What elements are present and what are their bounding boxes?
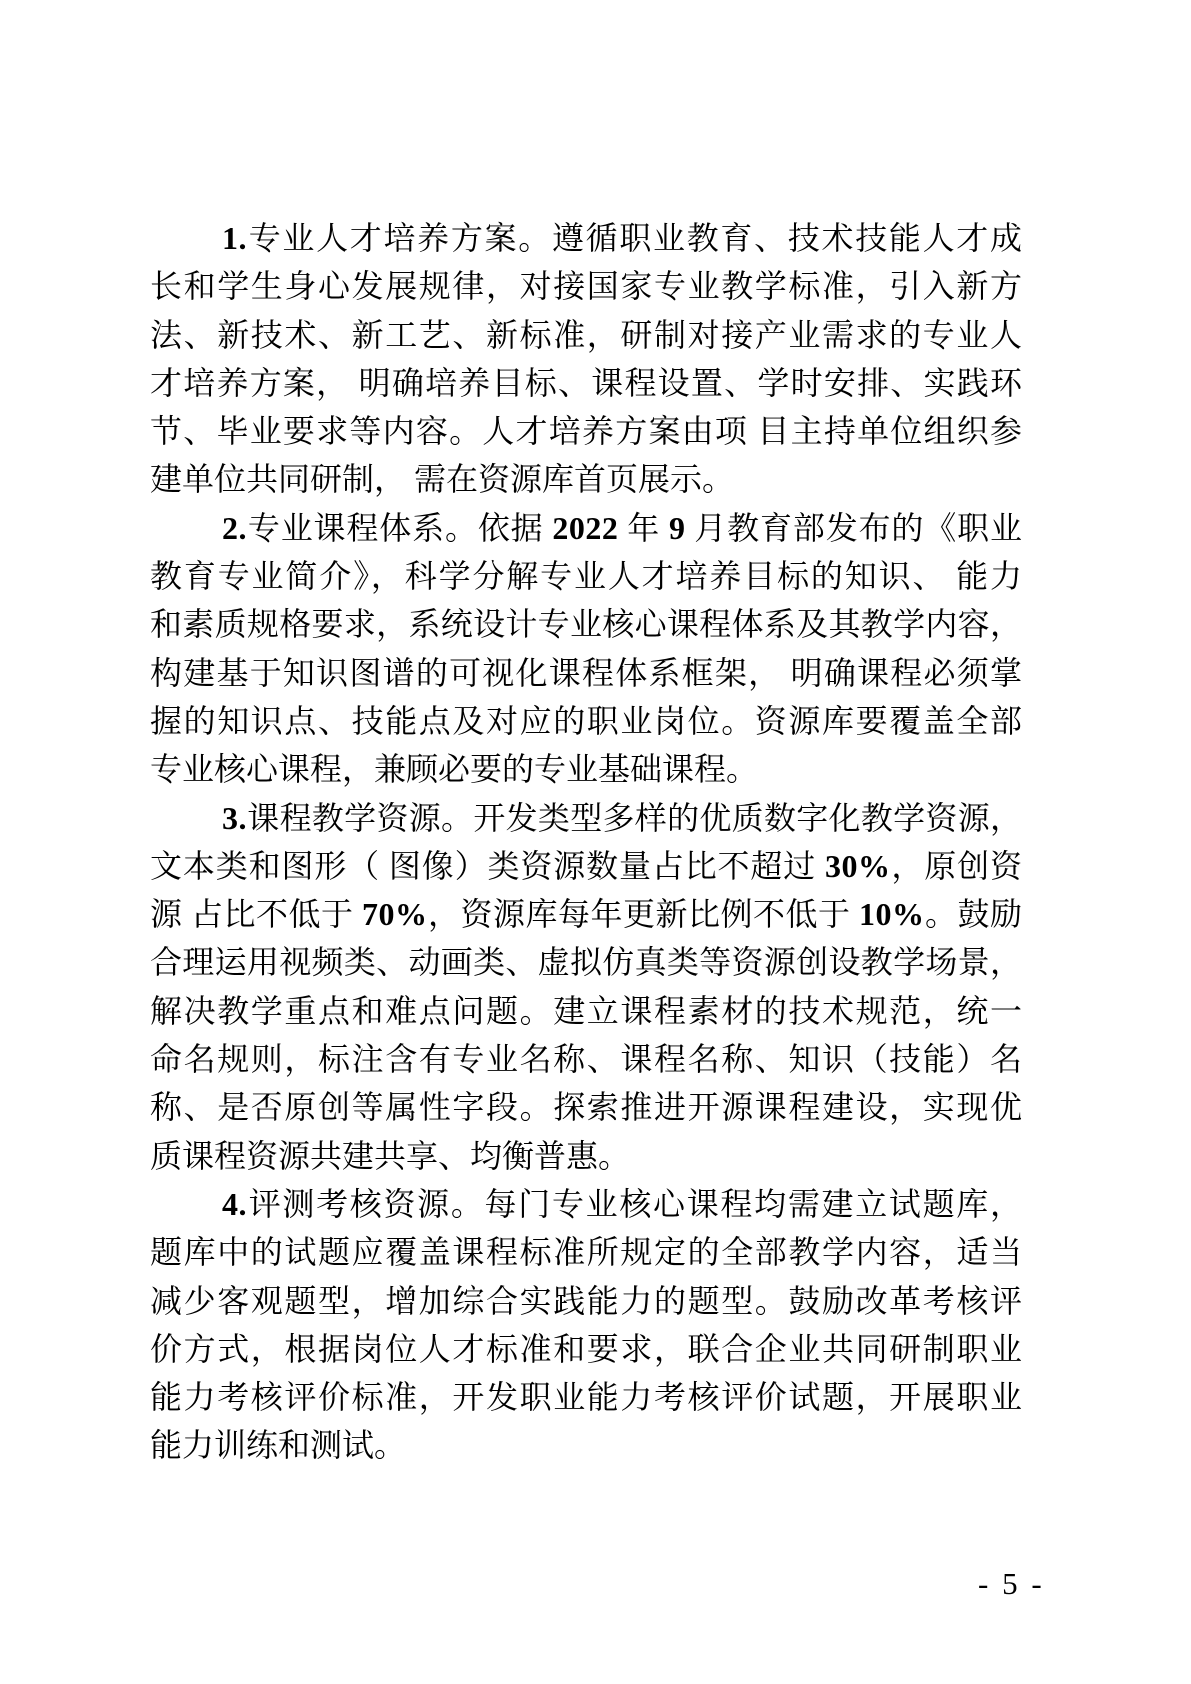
para-2-curriculum-system-line-1: 2.专业课程体系。依据 2022 年 9 月教育部发布的《职业 bbox=[150, 504, 1022, 552]
para-3-teaching-resources-line-5: 解决教学重点和难点问题。建立课程素材的技术规范，统一 bbox=[150, 987, 1022, 1035]
para-4-assessment-resources-line-5: 能力考核评价标准，开发职业能力考核评价试题，开展职业 bbox=[150, 1373, 1022, 1421]
para-2-curriculum-system-line-5: 握的知识点、技能点及对应的职业岗位。资源库要覆盖全部 bbox=[150, 697, 1022, 745]
para-3-teaching-resources-line-3: 源 占比不低于 70%，资源库每年更新比例不低于 10%。鼓励 bbox=[150, 890, 1022, 938]
bold-numeral: 70% bbox=[362, 896, 428, 932]
para-3-teaching-resources-line-1: 3.课程教学资源。开发类型多样的优质数字化教学资源， bbox=[150, 794, 1022, 842]
para-1-talent-training-plan-line-2: 长和学生身心发展规律，对接国家专业教学标准，引入新方 bbox=[150, 262, 1022, 310]
para-4-assessment-resources-line-4: 价方式，根据岗位人才标准和要求，联合企业共同研制职业 bbox=[150, 1325, 1022, 1373]
bold-numeral: 30% bbox=[825, 848, 891, 884]
para-3-teaching-resources-line-4: 合理运用视频类、动画类、虚拟仿真类等资源创设教学场景， bbox=[150, 938, 1022, 986]
bold-numeral: 3. bbox=[222, 800, 247, 836]
para-1-talent-training-plan-line-4: 才培养方案， 明确培养目标、课程设置、学时安排、实践环 bbox=[150, 359, 1022, 407]
para-3-teaching-resources-line-8: 质课程资源共建共享、均衡普惠。 bbox=[150, 1132, 1022, 1180]
document-body: 1.专业人才培养方案。遵循职业教育、技术技能人才成长和学生身心发展规律，对接国家… bbox=[150, 214, 1022, 1470]
bold-numeral: 2022 bbox=[552, 510, 618, 546]
bold-numeral: 4. bbox=[222, 1186, 247, 1222]
para-4-assessment-resources-line-3: 减少客观题型，增加综合实践能力的题型。鼓励改革考核评 bbox=[150, 1277, 1022, 1325]
page-number: - 5 - bbox=[978, 1566, 1045, 1602]
para-1-talent-training-plan-line-1: 1.专业人才培养方案。遵循职业教育、技术技能人才成 bbox=[150, 214, 1022, 262]
bold-numeral: 2. bbox=[222, 510, 247, 546]
para-3-teaching-resources-line-6: 命名规则，标注含有专业名称、课程名称、知识（技能）名 bbox=[150, 1035, 1022, 1083]
bold-numeral: 9 bbox=[669, 510, 686, 546]
document-page: 1.专业人才培养方案。遵循职业教育、技术技能人才成长和学生身心发展规律，对接国家… bbox=[0, 0, 1191, 1684]
para-3-teaching-resources-line-7: 称、是否原创等属性字段。探索推进开源课程建设，实现优 bbox=[150, 1083, 1022, 1131]
para-1-talent-training-plan-line-3: 法、新技术、新工艺、新标准，研制对接产业需求的专业人 bbox=[150, 311, 1022, 359]
para-2-curriculum-system-line-4: 构建基于知识图谱的可视化课程体系框架， 明确课程必须掌 bbox=[150, 649, 1022, 697]
para-4-assessment-resources-line-2: 题库中的试题应覆盖课程标准所规定的全部教学内容，适当 bbox=[150, 1228, 1022, 1276]
para-3-teaching-resources-line-2: 文本类和图形（ 图像）类资源数量占比不超过 30%，原创资 bbox=[150, 842, 1022, 890]
para-1-talent-training-plan-line-6: 建单位共同研制， 需在资源库首页展示。 bbox=[150, 455, 1022, 503]
para-4-assessment-resources-line-1: 4.评测考核资源。每门专业核心课程均需建立试题库， bbox=[150, 1180, 1022, 1228]
para-1-talent-training-plan-line-5: 节、毕业要求等内容。人才培养方案由项 目主持单位组织参 bbox=[150, 407, 1022, 455]
para-2-curriculum-system-line-3: 和素质规格要求，系统设计专业核心课程体系及其教学内容， bbox=[150, 600, 1022, 648]
bold-numeral: 10% bbox=[859, 896, 925, 932]
para-2-curriculum-system-line-2: 教育专业简介》，科学分解专业人才培养目标的知识、 能力 bbox=[150, 552, 1022, 600]
bold-numeral: 1. bbox=[222, 220, 247, 256]
para-2-curriculum-system-line-6: 专业核心课程，兼顾必要的专业基础课程。 bbox=[150, 745, 1022, 793]
para-4-assessment-resources-line-6: 能力训练和测试。 bbox=[150, 1421, 1022, 1469]
